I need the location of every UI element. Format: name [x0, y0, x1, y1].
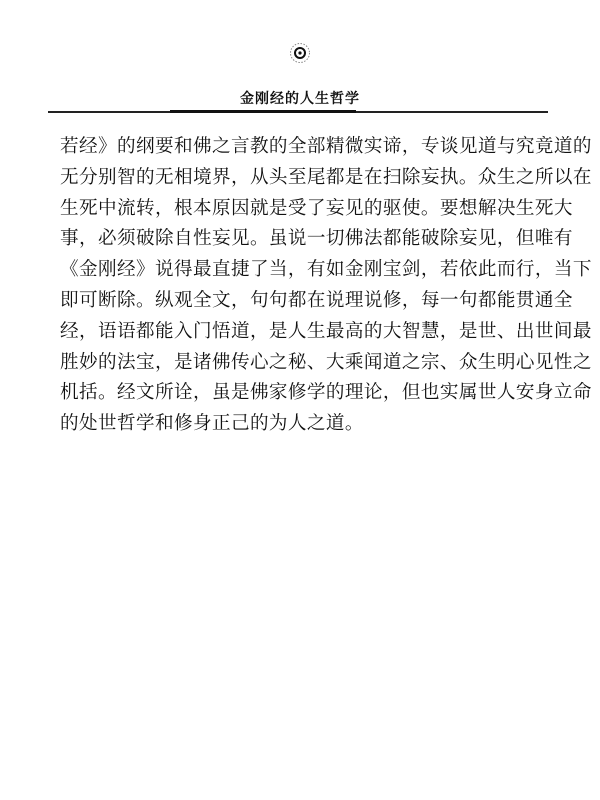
text-line: 《金刚经》说得最直捷了当，有如金刚宝剑，若依此而行，当下	[60, 255, 546, 286]
running-header: 金刚经的人生哲学	[0, 88, 600, 108]
header-divider-accent	[170, 110, 356, 113]
text-line: 机括。经文所诠，虽是佛家修学的理论，但也实属世人安身立命	[60, 378, 546, 409]
text-line: 胜妙的法宝，是诸佛传心之秘、大乘闻道之宗、众生明心见性之	[60, 348, 546, 379]
body-text: 若经》的纲要和佛之言教的全部精微实谛，专谈见道与究竟道的 无分别智的无相境界，从…	[60, 132, 546, 440]
text-line: 若经》的纲要和佛之言教的全部精微实谛，专谈见道与究竟道的	[60, 132, 546, 163]
text-line: 经，语语都能入门悟道，是人生最高的大智慧，是世、出世间最	[60, 317, 546, 348]
text-line-last: 的处世哲学和修身正己的为人之道。	[60, 409, 546, 440]
circle-ornament-icon	[289, 42, 311, 64]
text-line: 事，必须破除自性妄见。虽说一切佛法都能破除妄见，但唯有	[60, 224, 546, 255]
text-line: 即可断除。纵观全文，句句都在说理说修，每一句都能贯通全	[60, 286, 546, 317]
text-line: 无分别智的无相境界，从头至尾都是在扫除妄执。众生之所以在	[60, 163, 546, 194]
text-line: 生死中流转，根本原因就是受了妄见的驱使。要想解决生死大	[60, 194, 546, 225]
ornament-icon	[289, 42, 311, 64]
